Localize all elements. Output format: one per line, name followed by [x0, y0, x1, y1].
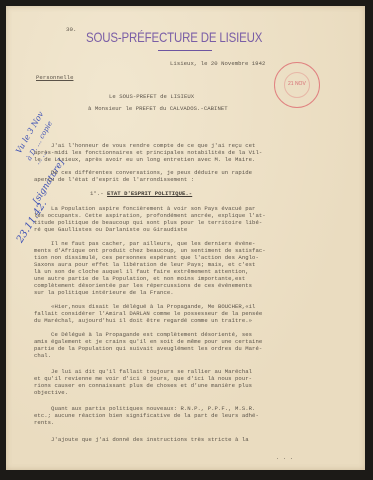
paragraph-5-line: fallait considérer l'Amiral DARLAN comme… [34, 310, 262, 317]
section-heading: 1°.- ETAT D'ESPRIT POLITIQUE.- [90, 190, 192, 197]
section-number: 1°.- [90, 190, 107, 197]
paragraph-8-line: etc.; aucune réaction bien significative… [34, 412, 259, 419]
paragraph-5-line: «Hier,nous disait le délégué à la Propag… [34, 303, 255, 310]
paragraph-3-line: les occupants. Cette aspiration, profond… [34, 212, 266, 219]
paragraph-8-line: rents. [34, 419, 54, 426]
paragraph-4-line: ments d'Afrique ont produit chez beaucou… [34, 247, 266, 254]
paragraph-7-line: objective. [34, 389, 68, 396]
paragraph-1-line: J'ai l'honneur de vous rendre compte de … [34, 142, 255, 149]
stamp-date: 21 NOV [288, 81, 306, 87]
dateline: Lisieux, le 20 Novembre 1942 [170, 60, 265, 67]
paragraph-3-line: La Population aspire foncièrement à voir… [34, 205, 255, 212]
paragraph-2-line: De ces différentes conversations, je peu… [34, 169, 252, 176]
paragraph-7-line: rions causer en connaissant plus de chos… [34, 382, 252, 389]
paragraph-7-line: et qu'il revienne me voir d'ici 8 jours,… [34, 375, 252, 382]
paragraph-4-line: complètement désorientée par les répercu… [34, 282, 252, 289]
letterhead: SOUS-PRÉFECTURE DE LISIEUX [86, 29, 262, 45]
paragraph-3-line: ré que Gaullistes ou Darlaniste ou Girau… [34, 226, 187, 233]
paragraph-6-line: chal. [34, 352, 51, 359]
paragraph-4-line: Saxons aura pour effet la libération de … [34, 261, 255, 268]
paragraph-4-line: là un son de cloche auquel il faut faire… [34, 268, 249, 275]
paragraph-6-line: partie de la Population qui suivait aveu… [34, 345, 262, 352]
paragraph-5-line: du Maréchal, aujourd'hui il doit être re… [34, 317, 252, 324]
paragraph-1-line: après-midi les fonctionnaires et princip… [34, 149, 262, 156]
paragraph-2-line: aperçu de l'état d'esprit de l'arrondiss… [34, 176, 194, 183]
paragraph-8-line: Quant aux partis politiques nouveaux: R.… [34, 405, 255, 412]
reference-number: 30. [66, 26, 77, 33]
paragraph-6-line: amis également et je crains qu'il en soi… [34, 338, 262, 345]
paragraph-4-line: sur la politique intérieure de la France… [34, 289, 174, 296]
letterhead-underline [158, 50, 212, 51]
paragraph-1-line: le de Lisieux, après avoir eu un long en… [34, 156, 255, 163]
from-line: Le SOUS-PREFET de LISIEUX [109, 93, 194, 100]
paragraph-7-line: Je lui ai dit qu'il fallait toujours se … [34, 368, 252, 375]
paragraph-4-line: Il ne faut pas cacher, par ailleurs, que… [34, 240, 255, 247]
received-stamp: 21 NOV [274, 62, 320, 108]
continuation-mark: . . . [276, 454, 293, 461]
paragraph-6-line: Ce Délégué à la Propagande est complètem… [34, 331, 252, 338]
paragraph-9-line: J'ajoute que j'ai donné des instructions… [34, 436, 249, 443]
to-line: à Monsieur le PREFET du CALVADOS.-CABINE… [88, 105, 228, 112]
paragraph-3-line: titude politique de beaucoup qui sont pl… [34, 219, 262, 226]
paragraph-4-line: une autre partie de la Population, et no… [34, 275, 245, 282]
document-page: 30. SOUS-PRÉFECTURE DE LISIEUX Lisieux, … [6, 6, 365, 470]
classification-label: Personnelle [36, 74, 73, 81]
paragraph-4-line: tion non dissimulé, ces personnes espéra… [34, 254, 259, 261]
section-title: ETAT D'ESPRIT POLITIQUE.- [107, 190, 192, 197]
